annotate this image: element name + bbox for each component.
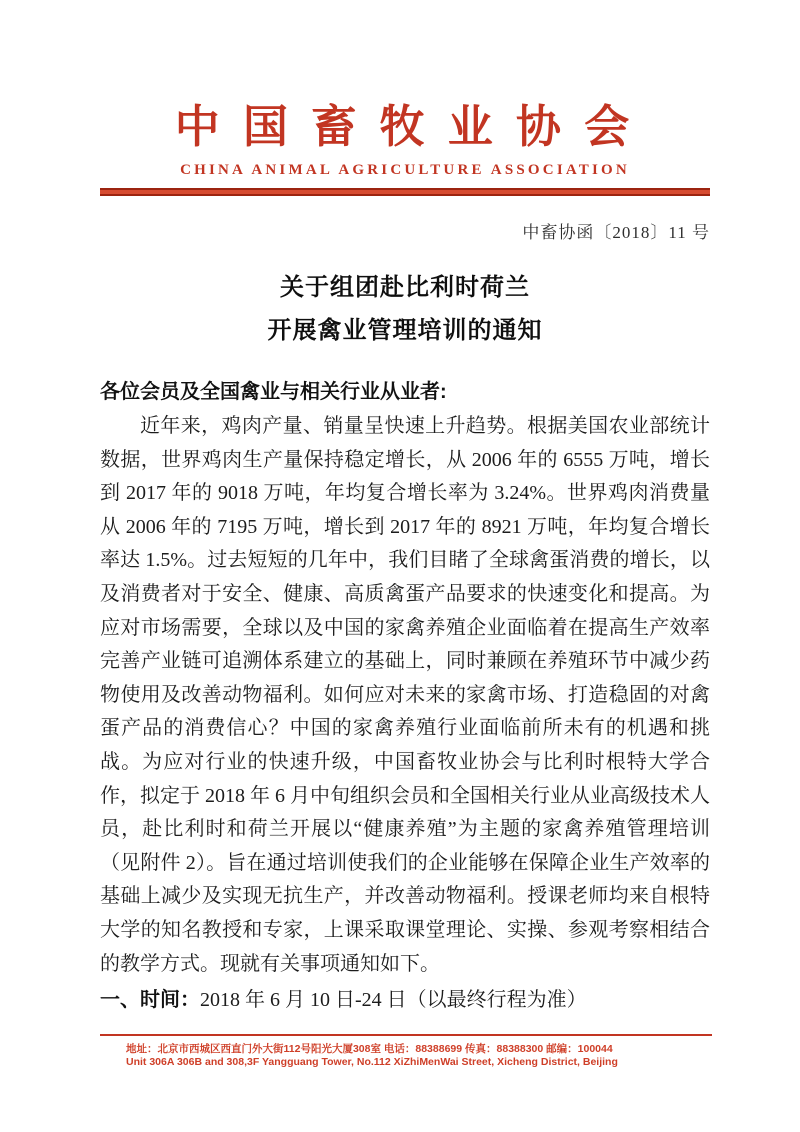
letterhead-divider bbox=[100, 188, 710, 196]
item-time-label: 一、时间： bbox=[100, 989, 200, 1011]
document-content: 中 国 畜 牧 业 协 会 CHINA ANIMAL AGRICULTURE A… bbox=[100, 0, 710, 1017]
body-paragraph: 近年来，鸡肉产量、销量呈快速上升趋势。根据美国农业部统计数据，世界鸡肉生产量保持… bbox=[100, 410, 710, 981]
document-title-line1: 关于组团赴比利时荷兰 bbox=[100, 267, 710, 310]
item-time-line: 一、时间：2018 年 6 月 10 日-24 日（以最终行程为准） bbox=[100, 983, 710, 1017]
footer-address-chinese: 地址：北京市西城区西直门外大街112号阳光大厦308室 电话：88388699 … bbox=[126, 1043, 712, 1056]
salutation: 各位会员及全国禽业与相关行业从业者: bbox=[100, 377, 710, 407]
document-title-line2: 开展禽业管理培训的通知 bbox=[100, 310, 710, 353]
org-name-chinese: 中 国 畜 牧 业 协 会 bbox=[100, 96, 710, 158]
footer-address-english: Unit 306A 306B and 308,3F Yangguang Towe… bbox=[126, 1056, 712, 1069]
document-title: 关于组团赴比利时荷兰 开展禽业管理培训的通知 bbox=[100, 267, 710, 353]
letterhead: 中 国 畜 牧 业 协 会 CHINA ANIMAL AGRICULTURE A… bbox=[100, 0, 710, 196]
document-page: 中 国 畜 牧 业 协 会 CHINA ANIMAL AGRICULTURE A… bbox=[0, 0, 800, 1132]
footer-divider bbox=[100, 1034, 712, 1036]
document-number: 中畜协函〔2018〕11 号 bbox=[100, 218, 710, 243]
footer: 地址：北京市西城区西直门外大街112号阳光大厦308室 电话：88388699 … bbox=[100, 1034, 712, 1069]
item-time-value: 2018 年 6 月 10 日-24 日（以最终行程为准） bbox=[200, 989, 587, 1011]
org-name-english: CHINA ANIMAL AGRICULTURE ASSOCIATION bbox=[100, 162, 710, 179]
